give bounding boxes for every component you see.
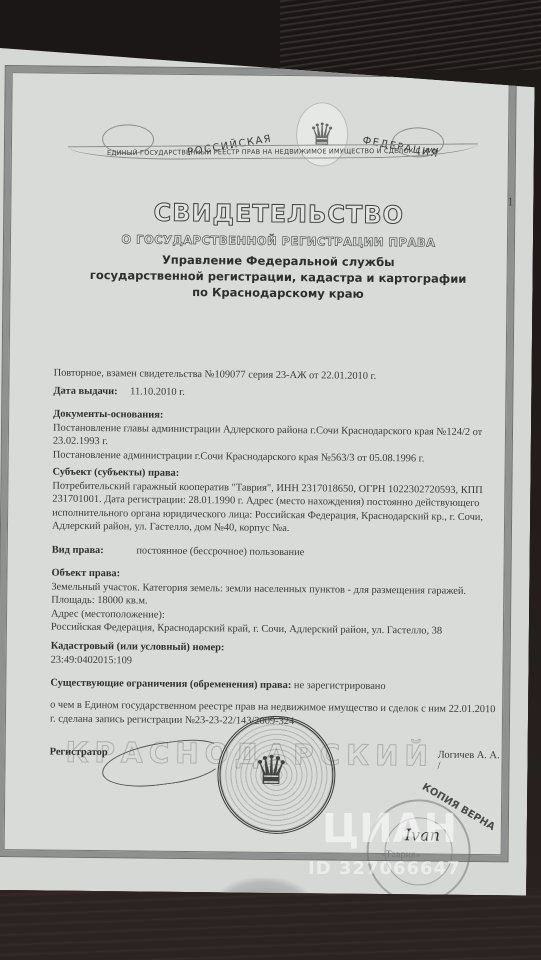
desk-background-bottom (0, 888, 541, 960)
object-value: Земельный участок. Категория земель: зем… (51, 580, 501, 612)
guilloche-border: РОССИЙСКАЯ ♛ ФЕДЕРАЦИЯ ЕДИНЫЙ ГОСУДАРСТВ… (0, 66, 516, 861)
certificate-sheet: РОССИЙСКАЯ ♛ ФЕДЕРАЦИЯ ЕДИНЫЙ ГОСУДАРСТВ… (0, 48, 535, 896)
basis-docs-section: Документы-основания: Постановление главы… (53, 408, 504, 467)
registrar-label: Регистратор (50, 747, 108, 759)
right-kind-label: Вид права: (52, 545, 104, 557)
right-kind-row: Вид права: постоянное (бессрочное) польз… (52, 544, 502, 562)
issue-date-label: Дата выдачи: (53, 386, 117, 398)
cian-watermark-logo: ЦИАН (322, 806, 457, 852)
document-title: СВИДЕТЕЛЬСТВО (11, 197, 541, 231)
restrictions-label: Существующие ограничения (обременения) п… (50, 678, 291, 692)
repeat-note: Повторное, взамен свидетельства №109077 … (54, 367, 504, 385)
right-kind-value: постоянное (бессрочное) пользование (136, 545, 304, 558)
subject-section: Субъект (субъекты) права: Потребительски… (52, 466, 503, 538)
certificate-body: РОССИЙСКАЯ ♛ ФЕДЕРАЦИЯ ЕДИНЫЙ ГОСУДАРСТВ… (4, 72, 510, 855)
header-banner: РОССИЙСКАЯ ♛ ФЕДЕРАЦИЯ (62, 84, 483, 180)
cian-listing-id: ID 327066647 (308, 858, 461, 879)
cadastral-section: Кадастровый (или условный) номер: 23:49:… (51, 640, 501, 672)
subject-value: Потребительский гаражный кооператив "Тав… (52, 479, 503, 538)
issue-date-value: 11.10.2010 г. (130, 386, 185, 398)
object-section: Объект права: Земельный участок. Категор… (51, 567, 502, 639)
issue-date-row: Дата выдачи: 11.10.2010 г. (53, 385, 503, 403)
restrictions-value: не зарегистрировано (294, 680, 386, 692)
restrictions-row: Существующие ограничения (обременения) п… (50, 677, 500, 695)
official-seal-icon: ♛ (217, 715, 336, 834)
issuing-agency: Управление Федеральной службы государств… (10, 250, 541, 304)
registry-ribbon-text: ЕДИНЫЙ ГОСУДАРСТВЕННЫЙ РЕЕСТР ПРАВ НА НЕ… (78, 147, 468, 158)
document-subtitle: О ГОСУДАРСТВЕННОЙ РЕГИСТРАЦИИ ПРАВА (11, 231, 541, 251)
seal-eagle-icon: ♛ (253, 747, 289, 794)
registrar-name: Логичев А. А. / (437, 750, 501, 773)
